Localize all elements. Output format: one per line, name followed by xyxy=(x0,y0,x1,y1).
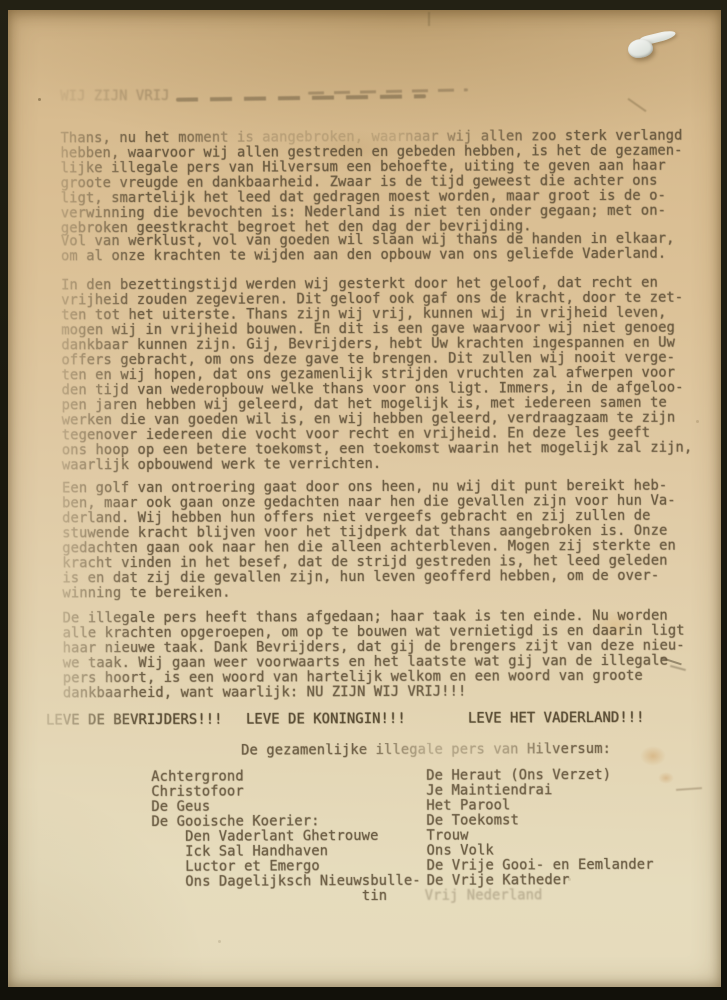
typed-content: WIJ ZIJN VRIJ Thans, nu het moment is aa… xyxy=(0,0,727,1000)
press-list-faded-entry: Vrij Nederland xyxy=(425,888,543,904)
paragraph-unity: Vol van werklust, vol van goeden wil sla… xyxy=(61,232,675,265)
slogan-liberators: LEVE DE BEVRIJDERS!!! xyxy=(46,713,223,729)
paragraph-gratitude: In den bezettingstijd werden wij gesterk… xyxy=(61,276,692,474)
press-list-header: De gezamenlijke illegale pers van Hilver… xyxy=(241,742,611,759)
press-list-right-column: De Heraut (Ons Verzet) Je Maintiendrai H… xyxy=(426,768,654,889)
paragraph-intro: hebben, waarvoor wij allen gestreden en … xyxy=(60,144,682,237)
slogan-fatherland: LEVE HET VADERLAND!!! xyxy=(468,711,645,727)
faded-heading: WIJ ZIJN VRIJ xyxy=(60,89,169,104)
slogan-queen: LEVE DE KONINGIN!!! xyxy=(246,712,406,728)
scanned-document-page: WIJ ZIJN VRIJ Thans, nu het moment is aa… xyxy=(0,0,727,1000)
paragraph-farewell: De illegale pers heeft thans afgedaan; h… xyxy=(62,609,684,702)
paragraph-remembrance: Een golf van ontroering gaat door ons he… xyxy=(62,479,676,602)
press-list-left-column: Achtergrond Christofoor De Geus De Goois… xyxy=(151,769,421,905)
